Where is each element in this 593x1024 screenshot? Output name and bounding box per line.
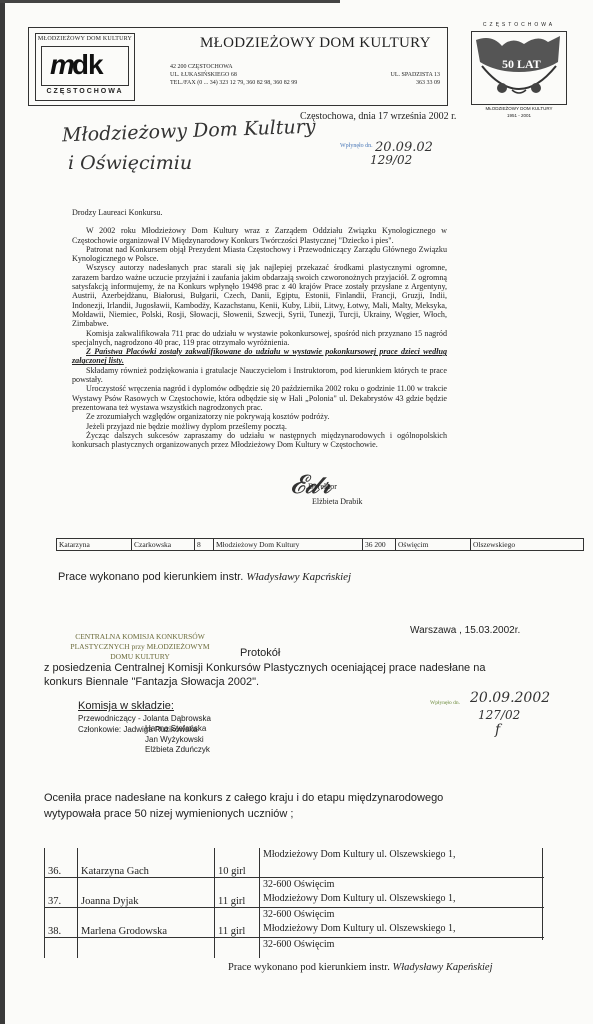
letter-paragraph: W 2002 roku Młodzieżowy Dom Kultury wraz… bbox=[72, 226, 447, 245]
cell-age: 11 girl bbox=[215, 878, 260, 908]
instructor-name: Władysławy Kapeńskiej bbox=[392, 962, 492, 973]
letter-paragraph: Życząc dalszych sukcesów zapraszamy do u… bbox=[72, 431, 447, 450]
intro-line: z posiedzenia Centralnej Komisji Konkurs… bbox=[44, 661, 485, 675]
letterhead-address-2: UL. SPADZISTA 13 363 33 09 bbox=[380, 71, 440, 87]
mdk-logo: MŁODZIEŻOWY DOM KULTURY mmdkdk CZĘSTOCHO… bbox=[35, 33, 135, 101]
cell-age: 11 girl bbox=[215, 908, 260, 938]
assessment-text: Oceniła prace nadesłane na konkurs z cał… bbox=[44, 790, 443, 822]
cell-age: 8 bbox=[195, 539, 214, 551]
committee-members: Hanna Stefańska Jan Wyżykowski Elżbieta … bbox=[145, 724, 210, 756]
cell-institution: Młodzieżowy Dom Kultury bbox=[214, 539, 363, 551]
anniversary-emblem: CZĘSTOCHOWA 50 LAT MŁODZIEŻOWY DOM KULTU… bbox=[465, 22, 573, 122]
received-stamp-label: Wpłynęło dn. bbox=[340, 143, 373, 149]
signature-name: Elżbieta Drabik bbox=[312, 497, 362, 506]
instructor-name: Władysławy Kapcńskiej bbox=[246, 571, 351, 583]
received-stamp-number: 129/02 bbox=[370, 153, 412, 167]
received-stamp-number-2: 127/02 bbox=[478, 708, 520, 722]
instructor-note-prefix: Prace wykonano pod kierunkiem instr. bbox=[58, 571, 243, 583]
cell-last-name: Czarkowska bbox=[132, 539, 195, 551]
cell-name: Marlena Grodowska bbox=[78, 908, 215, 938]
address-line: 32-600 Oświęcim bbox=[263, 908, 541, 922]
emblem-caption-line: MŁODZIEŻOWY DOM KULTURY bbox=[465, 105, 573, 112]
cell-empty bbox=[78, 938, 215, 959]
stamp-line: CENTRALNA KOMISJA KONKURSÓW bbox=[70, 632, 210, 642]
logo-inner-box: mmdkdk bbox=[41, 46, 129, 86]
received-stamp-label-2: Wpłynęło dn. bbox=[430, 700, 460, 706]
protocol-title: Protokół bbox=[240, 647, 280, 659]
cell-address: 32-600 OświęcimMłodzieżowy Dom Kultury u… bbox=[260, 908, 545, 938]
cell-empty bbox=[45, 938, 78, 959]
cell-number: 37. bbox=[45, 878, 78, 908]
scan-edge-top bbox=[0, 0, 340, 3]
letter-paragraph: Komisja zakwalifikowała 711 prac do udzi… bbox=[72, 329, 447, 348]
address-line: 42 200 CZĘSTOCHOWA bbox=[170, 63, 297, 71]
instructor-note-2: Prace wykonano pod kierunkiem instr. Wła… bbox=[228, 962, 493, 973]
cell-address: 32-600 OświęcimMłodzieżowy Dom Kultury u… bbox=[260, 878, 545, 908]
table-row: 37. Joanna Dyjak 11 girl 32-600 Oświęcim… bbox=[45, 878, 545, 908]
letter-highlight: Z Państwa Placówki zostały zakwalifikowa… bbox=[72, 347, 447, 366]
emblem-caption: MŁODZIEŻOWY DOM KULTURY 1951 - 2001 bbox=[465, 105, 573, 119]
signature-title: Dyrektor bbox=[308, 482, 337, 491]
instructor-note: Prace wykonano pod kierunkiem instr. Wła… bbox=[58, 571, 351, 583]
committee-member: Jan Wyżykowski bbox=[145, 735, 210, 746]
stamp-line: PLASTYCZNYCH przy MŁODZIEŻOWYM bbox=[70, 642, 210, 652]
letter-paragraph: Jeżeli przyjazd nie będzie możliwy dyplo… bbox=[72, 422, 447, 431]
committee-member: Elżbieta Zduńczyk bbox=[145, 745, 210, 756]
letter-paragraph: Ze zrozumiałych względów organizatorzy n… bbox=[72, 412, 447, 421]
emblem-picture-icon: 50 LAT bbox=[471, 31, 567, 105]
address-line: 32-600 Oświęcim bbox=[263, 878, 541, 892]
cell-city: Oświęcim bbox=[396, 539, 471, 551]
cell-first-name: Katarzyna bbox=[57, 539, 132, 551]
letter-paragraph: Patronat nad Konkursem objął Prezydent M… bbox=[72, 245, 447, 264]
address-line: UL. ŁUKASIŃSKIEGO 68 bbox=[170, 71, 297, 79]
letter-paragraph: Wszyscy autorzy nadesłanych prac starali… bbox=[72, 263, 447, 328]
assessment-line: wytypowała prace 50 nizej wymienionych u… bbox=[44, 806, 443, 822]
table-row: 36. Katarzyna Gach 10 girl Młodzieżowy D… bbox=[45, 848, 545, 878]
table-right-border bbox=[542, 848, 543, 940]
cell-number: 36. bbox=[45, 848, 78, 878]
committee-chair: Przewodniczący - Jolanta Dąbrowska bbox=[78, 714, 211, 725]
cell-address: Młodzieżowy Dom Kultury ul. Olszewskiego… bbox=[260, 848, 545, 878]
cell-number: 38. bbox=[45, 908, 78, 938]
address-line: UL. SPADZISTA 13 bbox=[380, 71, 440, 79]
letter-greeting: Drodzy Laureaci Konkursu. bbox=[72, 208, 447, 217]
table-row: Katarzyna Czarkowska 8 Młodzieżowy Dom K… bbox=[57, 539, 584, 551]
cell-postcode: 36 200 bbox=[363, 539, 396, 551]
handwritten-recipient-line: Młodzieżowy Dom Kultury bbox=[62, 116, 316, 147]
logo-city: CZĘSTOCHOWA bbox=[36, 88, 134, 95]
emblem-top-text: CZĘSTOCHOWA bbox=[465, 22, 573, 28]
svg-text:50 LAT: 50 LAT bbox=[502, 57, 541, 71]
received-stamp-date-2: 20.09.2002 bbox=[470, 690, 550, 706]
assessment-line: Oceniła prace nadesłane na konkurs z cał… bbox=[44, 790, 443, 806]
letterhead-title: MŁODZIEŻOWY DOM KULTURY bbox=[200, 35, 431, 52]
cell-street: Olszewskiego bbox=[471, 539, 584, 551]
handwritten-recipient-line: i Oświęcimiu bbox=[68, 152, 192, 174]
cell-name: Katarzyna Gach bbox=[78, 848, 215, 878]
scan-edge bbox=[0, 0, 5, 1024]
address-line: Młodzieżowy Dom Kultury ul. Olszewskiego… bbox=[263, 922, 541, 936]
address-line: Młodzieżowy Dom Kultury ul. Olszewskiego… bbox=[263, 848, 541, 862]
committee-member: Hanna Stefańska bbox=[145, 724, 210, 735]
logo-mark: mmdkdk bbox=[50, 49, 103, 81]
address-line: 363 33 09 bbox=[380, 79, 440, 87]
letter-paragraph: Składamy również podziękowania i gratula… bbox=[72, 366, 447, 385]
committee-stamp: CENTRALNA KOMISJA KONKURSÓW PLASTYCZNYCH… bbox=[70, 632, 210, 662]
protocol-date: Warszawa , 15.03.2002r. bbox=[410, 625, 520, 636]
cell-empty bbox=[215, 938, 260, 959]
table-row: 32-600 Oświęcim bbox=[45, 938, 545, 959]
logo-top-text: MŁODZIEŻOWY DOM KULTURY bbox=[36, 36, 134, 42]
address-line: Młodzieżowy Dom Kultury ul. Olszewskiego… bbox=[263, 892, 541, 906]
committee-heading: Komisja w składzie: bbox=[78, 700, 174, 712]
cell-address: 32-600 Oświęcim bbox=[260, 938, 545, 959]
instructor-note-prefix: Prace wykonano pod kierunkiem instr. bbox=[228, 962, 390, 973]
table-row: 38. Marlena Grodowska 11 girl 32-600 Ośw… bbox=[45, 908, 545, 938]
address-line: TEL./FAX (0 ... 34) 323 12 79, 360 82 98… bbox=[170, 79, 297, 87]
protocol-intro: z posiedzenia Centralnej Komisji Konkurs… bbox=[44, 661, 485, 689]
letter-date: Częstochowa, dnia 17 września 2002 r. bbox=[300, 111, 456, 122]
letter-paragraph: Uroczystość wręczenia nagród i dyplomów … bbox=[72, 384, 447, 412]
cell-name: Joanna Dyjak bbox=[78, 878, 215, 908]
received-stamp-initial: f bbox=[495, 722, 500, 738]
letterhead-address: 42 200 CZĘSTOCHOWA UL. ŁUKASIŃSKIEGO 68 … bbox=[170, 63, 297, 87]
letter-body: Drodzy Laureaci Konkursu. W 2002 roku Mł… bbox=[72, 208, 447, 449]
cell-age: 10 girl bbox=[215, 848, 260, 878]
qualified-list-row: Katarzyna Czarkowska 8 Młodzieżowy Dom K… bbox=[56, 538, 584, 551]
address-line: 32-600 Oświęcim bbox=[263, 938, 541, 952]
emblem-caption-line: 1951 - 2001 bbox=[465, 112, 573, 119]
students-table: 36. Katarzyna Gach 10 girl Młodzieżowy D… bbox=[44, 848, 544, 958]
intro-line: konkurs Biennale "Fantazja Słowacja 2002… bbox=[44, 675, 485, 689]
